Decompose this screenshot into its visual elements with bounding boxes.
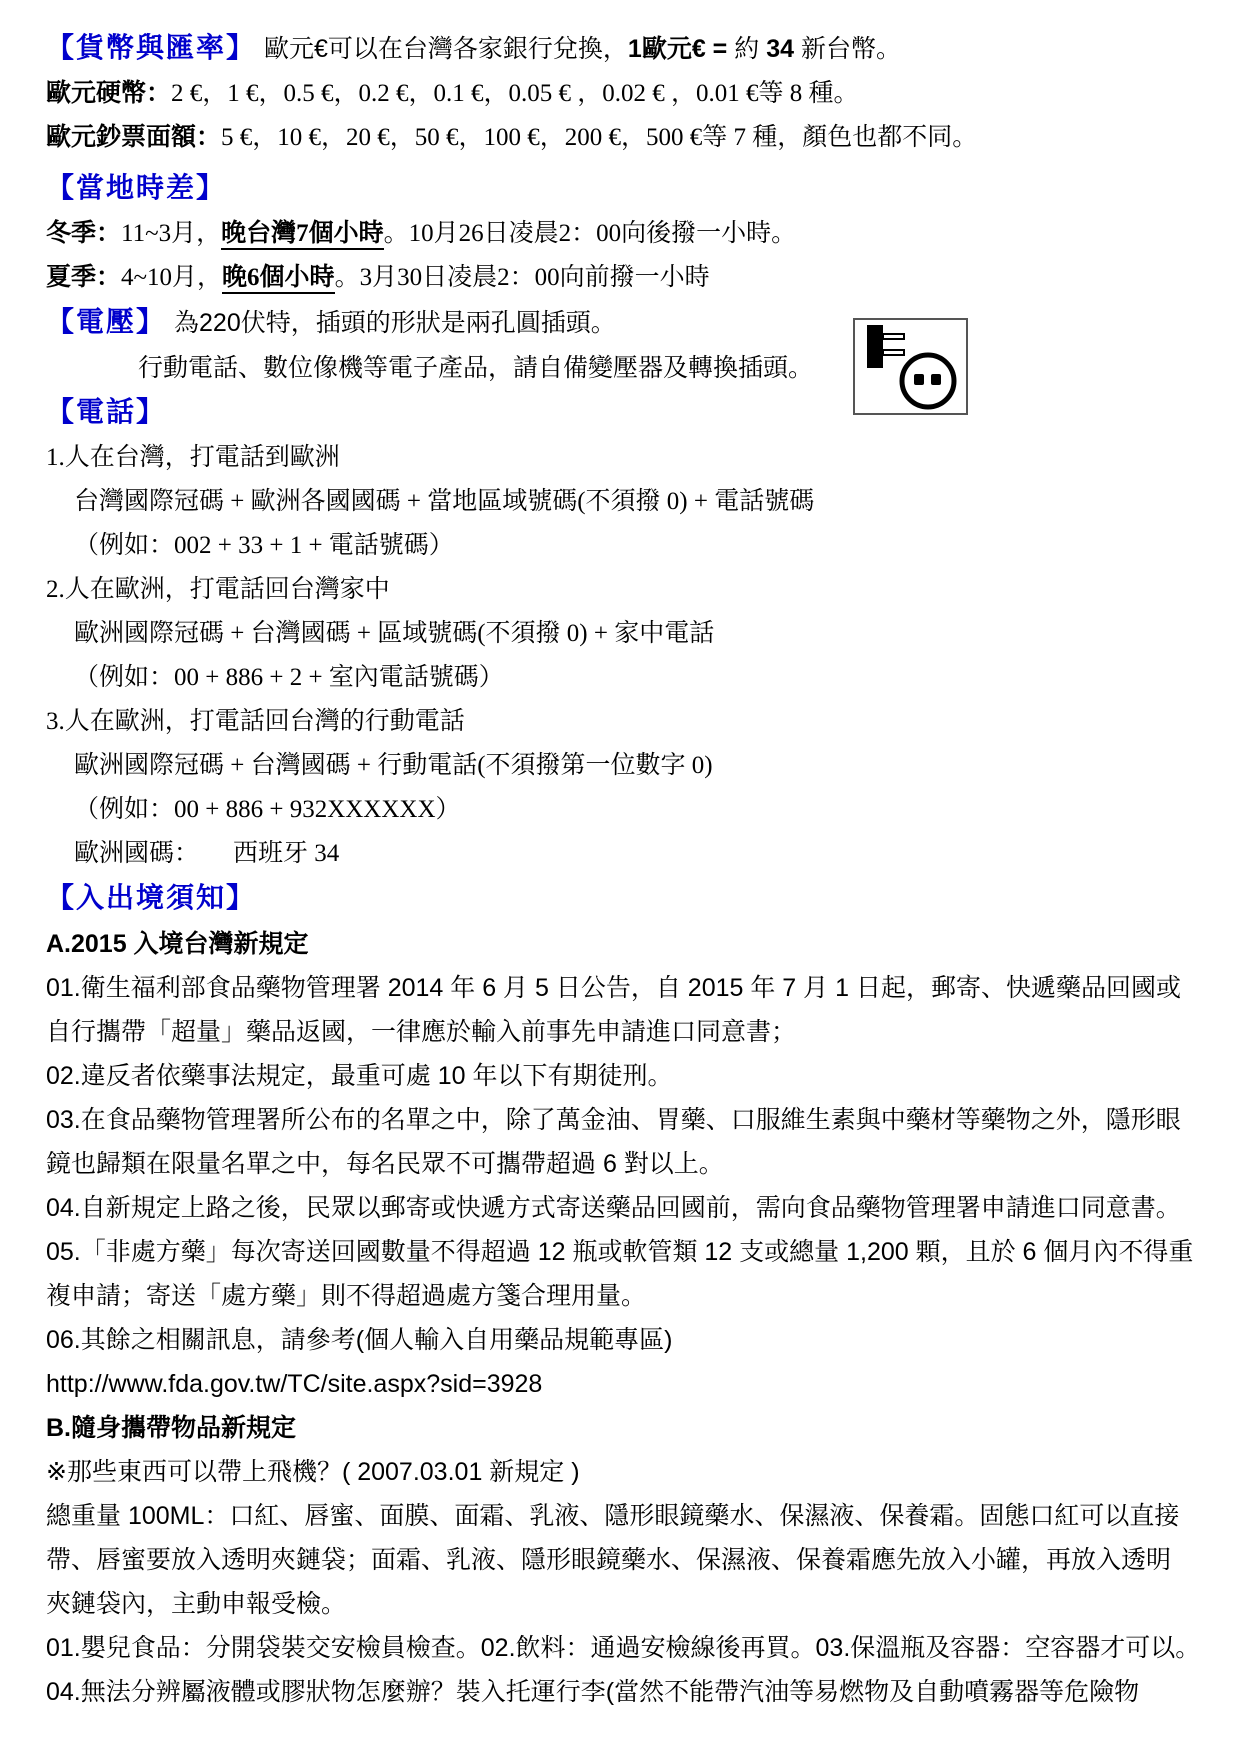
entry-b-line: 帶、唇蜜要放入透明夾鏈袋；面霜、乳液、隱形眼鏡藥水、保濕液、保養霜應先放入小罐，… [46, 1538, 1199, 1582]
currency-section-heading: 【貨幣與匯率】 [46, 32, 256, 63]
country-code-label: 歐洲國碼： [74, 840, 199, 867]
summer-label: 夏季： [46, 264, 121, 291]
phone-section-heading: 【電話】 [46, 396, 166, 427]
entry-a-line: 鏡也歸類在限量名單之中，每名民眾不可攜帶超過 6 對以上。 [46, 1142, 1199, 1186]
phone-heading-line: 【電話】 [46, 390, 1199, 436]
entry-a-line: 03.在食品藥物管理署所公布的名單之中，除了萬金油、胃藥、口服維生素與中藥材等藥… [46, 1098, 1199, 1142]
entry-heading-line: 【入出境須知】 [46, 876, 1199, 922]
entry-a-line: 複申請；寄送「處方藥」則不得超過處方箋合理用量。 [46, 1274, 1199, 1318]
currency-rate-bold: 1歐元€ = [628, 35, 734, 63]
entry-a-line: 02.違反者依藥事法規定，最重可處 10 年以下有期徒刑。 [46, 1054, 1199, 1098]
voltage-section-heading: 【電壓】 [46, 306, 166, 337]
currency-intro-line: 【貨幣與匯率】歐元€可以在台灣各家銀行兌換，1歐元€ = 約 34 新台幣。 [46, 26, 1199, 72]
summer-note: 。3月30日凌晨2：00向前撥一小時 [335, 264, 710, 291]
entry-a-line: 自行攜帶「超量」藥品返國，一律應於輸入前事先申請進口同意書； [46, 1010, 1199, 1054]
currency-rate-value: 34 [766, 35, 794, 63]
phone-item1-formula: 台灣國際冠碼 + 歐洲各國國碼 + 當地區域號碼(不須撥 0) + 電話號碼 [46, 480, 1199, 524]
entry-section-heading: 【入出境須知】 [46, 882, 256, 913]
phone-item3-formula: 歐洲國際冠碼 + 台灣國碼 + 行動電話(不須撥第一位數字 0) [46, 744, 1199, 788]
phone-item1-example: （例如：002 + 33 + 1 + 電話號碼） [46, 524, 1199, 568]
winter-label: 冬季： [46, 220, 121, 247]
entry-a-line: 05.「非處方藥」每次寄送回國數量不得超過 12 瓶或軟管類 12 支或總量 1… [46, 1230, 1199, 1274]
notes-label: 歐元鈔票面額： [46, 124, 221, 151]
document-page: 【貨幣與匯率】歐元€可以在台灣各家銀行兌換，1歐元€ = 約 34 新台幣。 歐… [0, 0, 1241, 1755]
currency-coins-line: 歐元硬幣：2 €，1 €，0.5 €，0.2 €，0.1 €，0.05 € ，0… [46, 72, 1199, 116]
phone-item2-example: （例如：00 + 886 + 2 + 室內電話號碼） [46, 656, 1199, 700]
entry-a-line: 06.其餘之相關訊息，請參考(個人輸入自用藥品規範專區) [46, 1318, 1199, 1362]
phone-item3-example: （例如：00 + 886 + 932XXXXXX） [46, 788, 1199, 832]
winter-offset-emphasis: 晚台灣7個小時 [221, 220, 384, 250]
winter-months: 11~3月， [121, 220, 221, 247]
phone-item1-title: 1.人在台灣，打電話到歐洲 [46, 436, 1199, 480]
summer-offset-emphasis: 晚6個小時 [222, 264, 335, 294]
currency-rate-approx: 約 [734, 35, 766, 63]
entry-a-line: 01.衛生福利部食品藥物管理署 2014 年 6 月 5 日公告，自 2015 … [46, 966, 1199, 1010]
currency-notes-line: 歐元鈔票面額：5 €，10 €，20 €，50 €，100 €，200 €，50… [46, 116, 1199, 160]
entry-a-line: 04.自新規定上路之後，民眾以郵寄或快遞方式寄送藥品回國前，需向食品藥物管理署申… [46, 1186, 1199, 1230]
phone-item3-title: 3.人在歐洲，打電話回台灣的行動電話 [46, 700, 1199, 744]
phone-country-code-line: 歐洲國碼：西班牙 34 [46, 832, 1199, 876]
fda-url: http://www.fda.gov.tw/TC/site.aspx?sid=3… [46, 1362, 1199, 1406]
entry-a-title: A.2015 入境台灣新規定 [46, 922, 1199, 966]
timezone-winter-line: 冬季：11~3月，晚台灣7個小時。10月26日凌晨2：00向後撥一小時。 [46, 212, 1199, 256]
winter-note: 。10月26日凌晨2：00向後撥一小時。 [384, 220, 797, 247]
entry-b-line: 04.無法分辨屬液體或膠狀物怎麼辦？裝入托運行李(當然不能帶汽油等易燃物及自動噴… [46, 1670, 1199, 1714]
entry-b-line: 總重量 100ML：口紅、唇蜜、面膜、面霜、乳液、隱形眼鏡藥水、保濕液、保養霜。… [46, 1494, 1199, 1538]
coins-label: 歐元硬幣： [46, 80, 171, 107]
currency-rate-unit: 新台幣。 [794, 35, 901, 63]
power-plug-image [853, 318, 968, 415]
entry-b-line: ※那些東西可以帶上飛機？( 2007.03.01 新規定 ) [46, 1450, 1199, 1494]
timezone-summer-line: 夏季：4~10月，晚6個小時。3月30日凌晨2：00向前撥一小時 [46, 256, 1199, 300]
plug-and-socket-icon [853, 318, 968, 415]
phone-item2-title: 2.人在歐洲，打電話回台灣家中 [46, 568, 1199, 612]
voltage-adapter-line: 行動電話、數位像機等電子產品，請自備變壓器及轉換插頭。 [46, 346, 1199, 390]
voltage-line: 【電壓】為220伏特，插頭的形狀是兩孔圓插頭。 [46, 300, 1199, 346]
summer-months: 4~10月， [121, 264, 222, 291]
entry-b-line: 夾鏈袋內，主動申報受檢。 [46, 1582, 1199, 1626]
phone-item2-formula: 歐洲國際冠碼 + 台灣國碼 + 區域號碼(不須撥 0) + 家中電話 [46, 612, 1199, 656]
timezone-section-heading: 【當地時差】 [46, 172, 226, 203]
notes-text: 5 €，10 €，20 €，50 €，100 €，200 €，500 €等 7 … [221, 124, 977, 151]
country-code-value: 西班牙 34 [233, 840, 339, 867]
voltage-text: 為220伏特，插頭的形狀是兩孔圓插頭。 [174, 309, 616, 337]
entry-b-line: 01.嬰兒食品：分開袋裝交安檢員檢查。02.飲料：通過安檢線後再買。03.保溫瓶… [46, 1626, 1199, 1670]
currency-intro-text: 歐元€可以在台灣各家銀行兌換， [264, 35, 628, 63]
entry-b-title: B.隨身攜帶物品新規定 [46, 1406, 1199, 1450]
timezone-heading-line: 【當地時差】 [46, 166, 1199, 212]
coins-text: 2 €，1 €，0.5 €，0.2 €，0.1 €，0.05 € ，0.02 €… [171, 80, 859, 107]
